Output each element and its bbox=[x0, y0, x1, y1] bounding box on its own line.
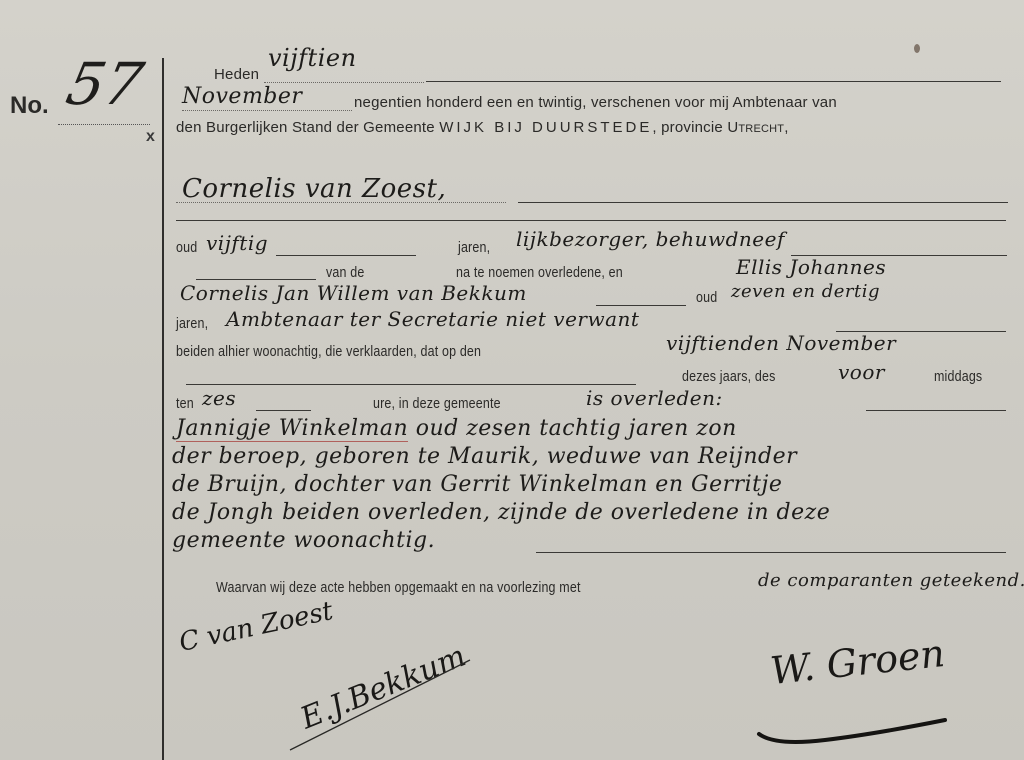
ink-spot bbox=[914, 44, 920, 53]
hand-declarant-1: Cornelis van Zoest, bbox=[182, 174, 446, 204]
fill-rule bbox=[186, 384, 636, 385]
printed-provincie: , provincie bbox=[652, 119, 723, 136]
record-number: 57 bbox=[61, 50, 149, 118]
line-12: ten zes ure, in deze gemeente is overled… bbox=[176, 390, 1002, 416]
margin-mark: x bbox=[146, 128, 155, 146]
printed-burgerlijke-stand: den Burgerlijken Stand der Gemeente bbox=[176, 119, 435, 136]
hand-geteekend: de comparanten geteekend. bbox=[758, 570, 1024, 591]
line-8: Cornelis Jan Willem van Bekkum oud zeven… bbox=[176, 283, 1002, 309]
signature-registrar: W. Groen bbox=[768, 631, 947, 693]
printed-verklaarden: beiden alhier woonachtig, die verklaarde… bbox=[176, 344, 481, 360]
line-2: November negentien honderd een en twinti… bbox=[176, 88, 1002, 114]
line-14: der beroep, geboren te Maurik, weduwe va… bbox=[176, 446, 1002, 472]
hand-age-2: zeven en dertig bbox=[731, 281, 880, 302]
printed-jaren: jaren, bbox=[458, 240, 490, 256]
line-13: Jannigje Winkelman oud zesen tachtig jar… bbox=[176, 418, 1002, 444]
hand-birthplace-spouse: der beroep, geboren te Maurik, weduwe va… bbox=[172, 444, 797, 469]
printed-year-text: negentien honderd een en twintig, versch… bbox=[354, 94, 837, 111]
hand-deceased: Jannigje Winkelman oud zesen tachtig jar… bbox=[176, 416, 737, 441]
signature-2-underline bbox=[280, 650, 480, 760]
fill-rule bbox=[536, 552, 1006, 553]
hand-declarant-2-first: Ellis Johannes bbox=[736, 255, 886, 279]
line-1: Heden vijftien bbox=[176, 58, 1002, 84]
line-4: Cornelis van Zoest, bbox=[176, 180, 1002, 206]
line-17: gemeente woonachtig. bbox=[176, 530, 1002, 556]
municipality-name: WIJK BIJ DUURSTEDE bbox=[439, 119, 652, 136]
hand-age-1: vijftig bbox=[206, 231, 268, 255]
printed-middags: middags bbox=[934, 369, 982, 385]
line-16: de Jongh beiden overleden, zijnde de ove… bbox=[176, 502, 1002, 528]
hand-death-date: vijftienden November bbox=[666, 331, 896, 355]
fill-rule bbox=[276, 255, 416, 256]
printed-jaren: jaren, bbox=[176, 316, 208, 332]
hand-month: November bbox=[182, 84, 302, 109]
hand-parents-deceased: de Jongh beiden overleden, zijnde de ove… bbox=[172, 500, 830, 525]
province-name: Utrecht bbox=[727, 119, 784, 136]
printed-oud: oud bbox=[176, 240, 197, 256]
hand-residence: gemeente woonachtig. bbox=[172, 528, 435, 553]
comma: , bbox=[784, 119, 788, 136]
hand-is-overleden: is overleden: bbox=[586, 386, 723, 410]
hand-hour: zes bbox=[202, 386, 236, 410]
signature-3-underline bbox=[755, 712, 955, 752]
dotted-line bbox=[182, 110, 352, 111]
record-number-label: No. bbox=[10, 92, 49, 120]
deceased-age-occupation: oud zesen tachtig jaren zon bbox=[416, 416, 737, 441]
fill-rule bbox=[426, 81, 1001, 82]
fill-rule bbox=[256, 410, 311, 411]
signature-declarant-1: C van Zoest bbox=[177, 596, 336, 658]
printed-ten: ten bbox=[176, 396, 194, 412]
dotted-line bbox=[264, 82, 424, 83]
printed-oud: oud bbox=[696, 290, 717, 306]
hand-parents: de Bruijn, dochter van Gerrit Winkelman … bbox=[172, 472, 782, 497]
deceased-name: Jannigje Winkelman bbox=[176, 416, 408, 442]
fill-rule bbox=[176, 220, 1006, 221]
hand-declarant-2-name: Cornelis Jan Willem van Bekkum bbox=[180, 281, 527, 305]
hand-voor-na: voor bbox=[838, 360, 885, 384]
fill-rule bbox=[866, 410, 1006, 411]
printed-na-te-noemen: na te noemen overledene, en bbox=[456, 265, 623, 281]
printed-waarvan: Waarvan wij deze acte hebben opgemaakt e… bbox=[216, 580, 581, 596]
hand-day: vijftien bbox=[268, 44, 357, 72]
line-3: den Burgerlijken Stand der Gemeente WIJK… bbox=[176, 113, 1002, 139]
fill-rule bbox=[196, 279, 316, 280]
fill-rule bbox=[518, 202, 1008, 203]
printed-heden: Heden bbox=[214, 66, 259, 83]
line-18: Waarvan wij deze acte hebben opgemaakt e… bbox=[176, 574, 1002, 600]
fill-rule bbox=[596, 305, 686, 306]
printed-gemeente-text: den Burgerlijken Stand der Gemeente WIJK… bbox=[176, 119, 789, 136]
printed-van-de: van de bbox=[326, 265, 364, 281]
hand-occupation-relation-2: Ambtenaar ter Secretarie niet verwant bbox=[226, 307, 639, 331]
margin-rule bbox=[162, 58, 164, 760]
printed-dezes-jaars: dezes jaars, des bbox=[682, 369, 776, 385]
line-15: de Bruijn, dochter van Gerrit Winkelman … bbox=[176, 474, 1002, 500]
hand-occupation-relation-1: lijkbezorger, behuwdneef bbox=[516, 227, 785, 251]
number-dotted-line bbox=[58, 124, 150, 125]
printed-ure: ure, in deze gemeente bbox=[373, 396, 501, 412]
document-page: No. 57 x Heden vijftien November negenti… bbox=[0, 0, 1024, 760]
